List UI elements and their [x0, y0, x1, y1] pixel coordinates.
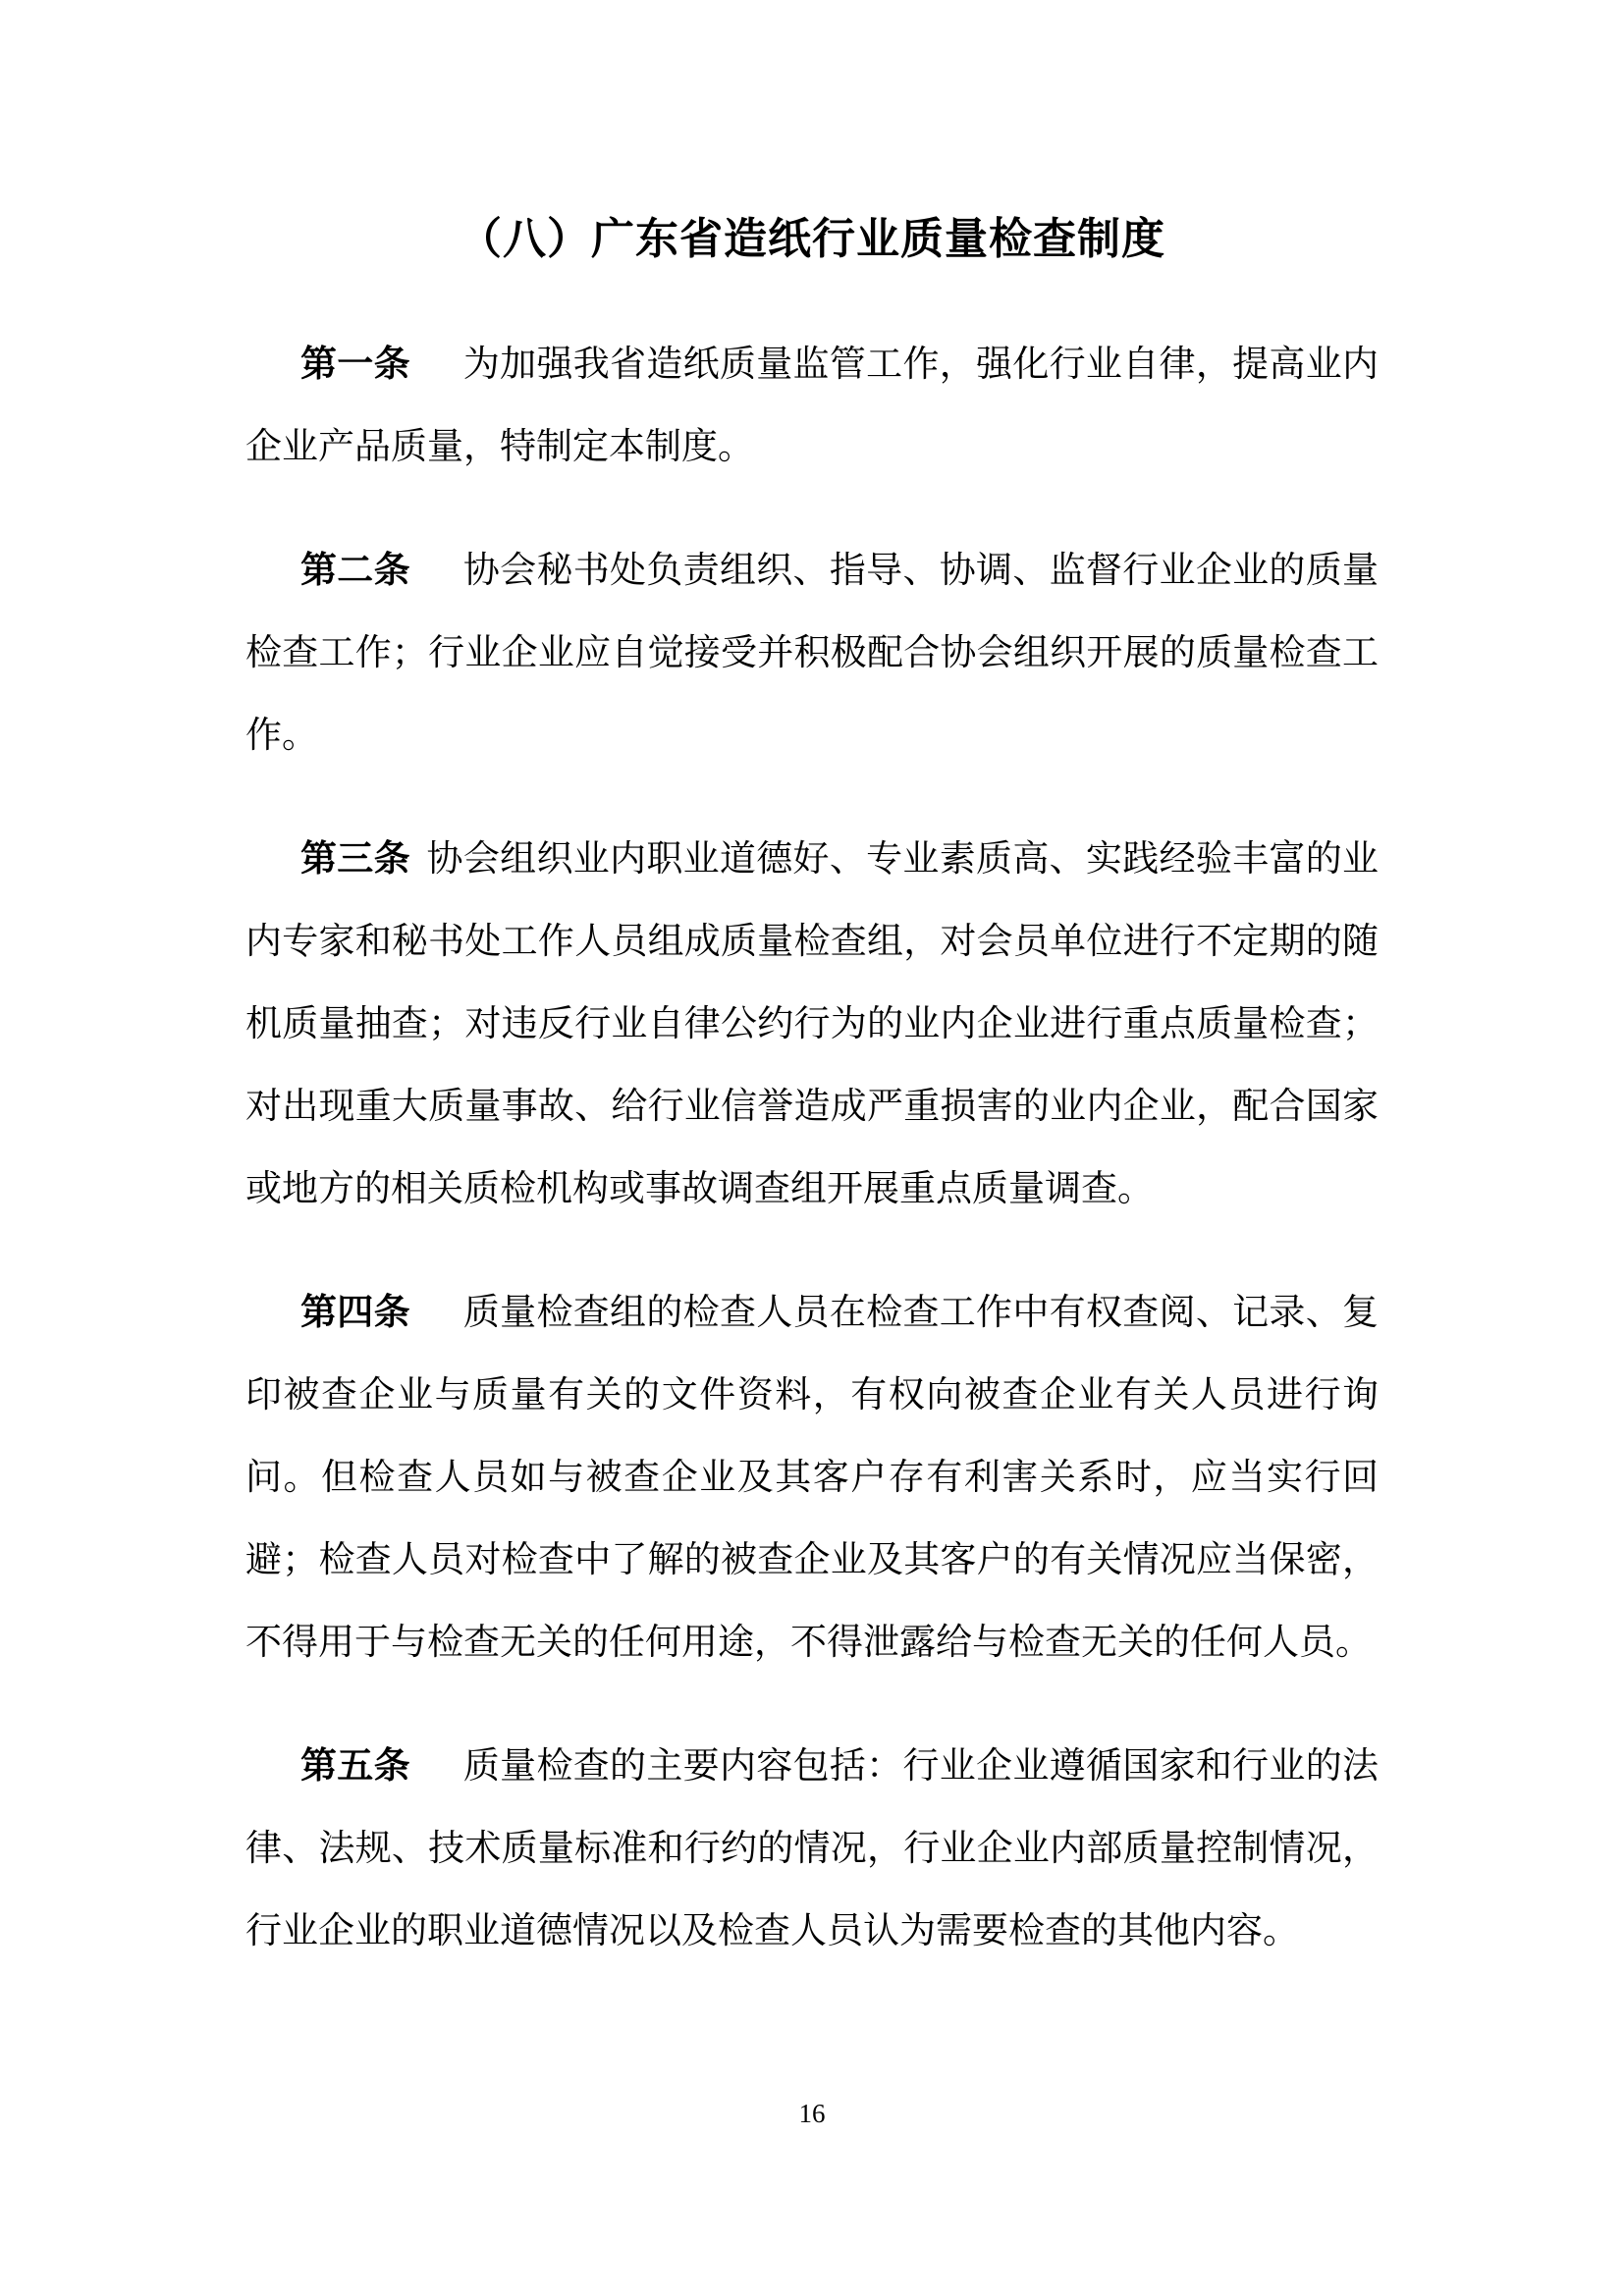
article-text: 为加强我省造纸质量监管工作，强化行业自律，提高业内企业产品质量，特制定本制度。	[245, 345, 1379, 467]
article-text: 质量检查组的检查人员在检查工作中有权查阅、记录、复印被查企业与质量有关的文件资料…	[245, 1293, 1379, 1663]
document-title: （八）广东省造纸行业质量检查制度	[245, 211, 1379, 268]
article-paragraph-2: 第二条 协会秘书处负责组织、指导、协调、监督行业企业的质量检查工作；行业企业应自…	[245, 530, 1379, 777]
page-number: 16	[0, 2099, 1624, 2128]
article-paragraph-3: 第三条协会组织业内职业道德好、专业素质高、实践经验丰富的业内专家和秘书处工作人员…	[245, 819, 1379, 1231]
article-text: 协会秘书处负责组织、指导、协调、监督行业企业的质量检查工作；行业企业应自觉接受并…	[245, 551, 1379, 756]
article-number: 第二条	[300, 551, 410, 591]
article-paragraph-4: 第四条 质量检查组的检查人员在检查工作中有权查阅、记录、复印被查企业与质量有关的…	[245, 1272, 1379, 1684]
article-paragraph-5: 第五条 质量检查的主要内容包括：行业企业遵循国家和行业的法律、法规、技术质量标准…	[245, 1726, 1379, 1973]
article-number: 第五条	[300, 1746, 410, 1787]
article-number: 第三条	[300, 839, 410, 880]
article-text: 协会组织业内职业道德好、专业素质高、实践经验丰富的业内专家和秘书处工作人员组成质…	[245, 839, 1379, 1209]
article-number: 第四条	[300, 1293, 410, 1333]
article-separator	[427, 1293, 463, 1333]
article-paragraph-1: 第一条 为加强我省造纸质量监管工作，强化行业自律，提高业内企业产品质量，特制定本…	[245, 324, 1379, 489]
article-separator	[427, 345, 463, 385]
article-separator	[427, 1746, 463, 1787]
article-text: 质量检查的主要内容包括：行业企业遵循国家和行业的法律、法规、技术质量标准和行约的…	[245, 1746, 1379, 1951]
document-page: （八）广东省造纸行业质量检查制度 第一条 为加强我省造纸质量监管工作，强化行业自…	[0, 0, 1624, 2296]
article-number: 第一条	[300, 345, 410, 385]
article-separator	[427, 551, 463, 591]
document-content: （八）广东省造纸行业质量检查制度 第一条 为加强我省造纸质量监管工作，强化行业自…	[245, 0, 1379, 2014]
